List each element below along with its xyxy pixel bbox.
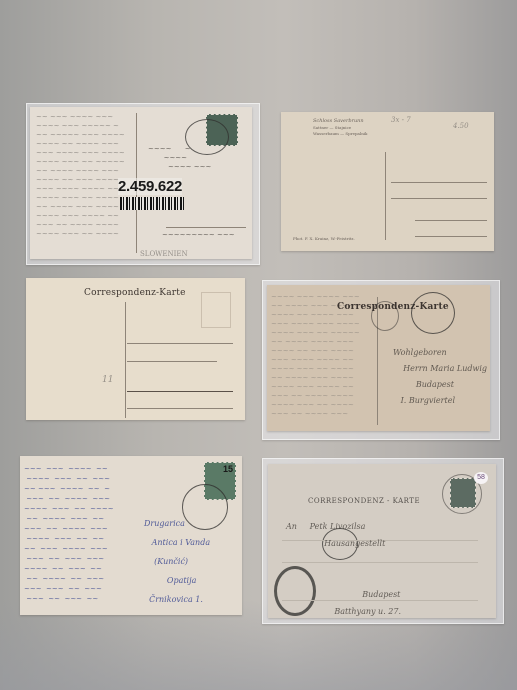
- address-handwriting: Wohlgeboren Herrn Maria Ludwig Budapest …: [393, 345, 487, 409]
- stamp-value: 15: [223, 464, 233, 474]
- address-line: [391, 182, 487, 183]
- postcard-middle-right[interactable]: ~~~~ ~~~ ~~~~ ~~~ ~~ ~~~~ ~~~ ~~~~ ~~~~ …: [267, 285, 490, 431]
- card-title: CORRESPONDENZ - KARTE: [308, 497, 420, 505]
- printed-header-line-3: Wasserbaum — Sprepalnik: [313, 131, 367, 136]
- postmark: [371, 301, 399, 331]
- postmark: [411, 292, 455, 334]
- address-handwriting: ~~~~ ~ ~~~~ ~~~~ ~~~: [148, 145, 211, 172]
- card-title: Correspondenz-Karte: [84, 288, 186, 298]
- address-handwriting: An Petk Livozilsa Hausangestellt Budapes…: [286, 518, 401, 618]
- address-line: [415, 220, 487, 221]
- country-note: SLOWENIEN: [140, 250, 188, 259]
- postcard-bottom-left[interactable]: ~~~ ~~~ ~~~~ ~~ ~~~~ ~~~ ~~ ~~~ ~~ ~~~ ~…: [20, 456, 242, 615]
- address-line: [127, 391, 233, 392]
- address-handwriting: ~~~~~~~~~ ~~~: [162, 231, 235, 240]
- address-line: [127, 408, 233, 409]
- pencil-note: 11: [102, 376, 113, 385]
- publisher-credit: Phot. F. X. Krainz, W.-Feistritz.: [293, 236, 355, 241]
- divider-line: [125, 302, 126, 418]
- address-line: [415, 236, 487, 237]
- divider-line: [385, 152, 386, 240]
- postcard-bottom-right[interactable]: CORRESPONDENZ - KARTE 58 An Petk Livozil…: [268, 464, 496, 618]
- lot-number-badge: 58: [474, 472, 488, 484]
- address-line: [127, 361, 217, 362]
- address-line: [127, 343, 233, 344]
- address-handwriting: Drugarica Antica i Vanda (Kunčić) Opatij…: [144, 514, 210, 609]
- printed-header-line-1: Schloss Saverbrunn: [313, 118, 364, 124]
- postcard-top-right[interactable]: Schloss Saverbrunn Sattner — Stajnice Wa…: [281, 112, 494, 251]
- stamp-box: [201, 292, 231, 328]
- handwritten-message: ~~ ~~~ ~~~~ ~~~ ~~~~ ~~~ ~~~~~ ~ ~~ ~~~~…: [36, 113, 125, 239]
- pencil-note: 3x - 7: [391, 116, 411, 125]
- pencil-note: 4.50: [453, 122, 469, 131]
- address-line: [391, 198, 487, 199]
- address-line: [166, 227, 246, 228]
- postcard-middle-left[interactable]: Correspondenz-Karte 11: [26, 278, 245, 420]
- barcode: [120, 197, 184, 210]
- postcard-top-left[interactable]: ~~ ~~~ ~~~~ ~~~ ~~~~ ~~~ ~~~~~ ~ ~~ ~~~~…: [30, 107, 252, 259]
- handwritten-message: ~~~ ~~~ ~~~~ ~~ ~~~~ ~~~ ~~ ~~~ ~~ ~~~ ~…: [24, 464, 114, 604]
- lot-number-label: 2.459.622: [118, 178, 182, 195]
- printed-header-line-2: Sattner — Stajnice: [313, 125, 351, 130]
